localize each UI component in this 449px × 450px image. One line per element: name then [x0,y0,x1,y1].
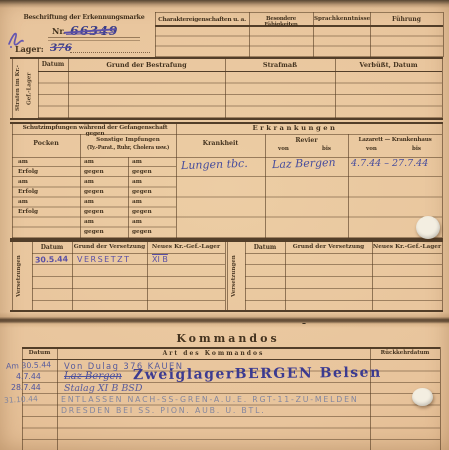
impf-cell: gegen [84,209,104,215]
erkr-entry-dates: 4.7.44 – 27.7.44 [351,158,428,169]
traits-top-line [155,12,443,13]
versetz-left-header-grund: Grund der Versetzung [72,244,147,250]
impf-vline-4 [265,134,266,238]
hole-punch-bottom [412,388,433,406]
stamp-zweiglager-bergen-belsen: ZweiglagerBERGEN Belsen [133,365,382,384]
impf-cell: am [84,219,94,225]
versetz-left-header-lager: Neues Kr.-Gef.-Lager [147,244,225,250]
strafen-header-verbuesst: Verbüßt, Datum [335,61,442,69]
versetz-right-row-rules [245,253,442,310]
traits-header-charakter: Charaktereigenschaften u. a. [156,16,248,23]
strafen-top-border [10,57,443,59]
impf-cell: am [132,219,142,225]
erkr-header-lazarett: Lazarett — Krankenhaus [348,137,442,143]
strafen-header-grund: Grund der Bestrafung [68,61,225,69]
impf-cell: am [18,159,28,165]
versetz-vline-l0 [12,241,13,310]
versetz-vline-r0 [227,241,228,310]
kommandos-top-border [22,347,440,349]
impf-cell: am [132,159,142,165]
impf-cell: gegen [132,189,152,195]
impf-header-sonstige-1: Sonstige Impfungen [80,137,176,143]
lager-dotted-line [70,52,150,53]
versetz-left-side-label: Versetzungen [14,243,31,309]
strafen-side-label: Strafen im Kr.-Gef.-Lager [13,60,37,117]
kommandos-vline-2 [370,347,371,450]
lager-label: Lager: [15,44,44,54]
impf-cell: gegen [84,169,104,175]
traits-header-faehigkeiten: Besondere Fähigkeiten [250,16,312,28]
versetz-right-header-grund: Grund der Versetzung [285,244,372,250]
erkr-revier-bis: bis [322,146,331,152]
versetz-entry-lager: XI B [152,255,168,264]
nr-ruling-2 [48,40,140,41]
impf-line-1 [12,134,442,135]
kommando-row-1-datum: 4.7.44 [16,372,41,381]
id-block-title: Beschriftung der Erkennungsmarke [18,14,150,21]
impf-vline-0 [12,123,13,238]
pow-record-card: Beschriftung der Erkennungsmarke Nr. 663… [0,0,449,450]
traits-header-fuehrung: Führung [371,16,442,23]
impf-cell: Erfolg [18,169,38,175]
kommando-row-0-datum: Am 30.5.44 [6,360,51,371]
kommandos-vline-1 [57,347,58,450]
impf-vline-2 [128,157,129,238]
versetz-entry-datum: 30.5.44 [35,254,68,264]
versetz-vline-r4 [442,241,443,310]
lager-value: 376 [50,42,72,54]
impf-cell: am [132,179,142,185]
kommando-row-3-datum: 31.10.44 [4,394,38,405]
versetz-vline-r3 [372,241,373,310]
strafen-row-rules [38,72,442,118]
versetz-right-header-datum: Datum [245,244,285,251]
impf-vline-3 [176,123,177,238]
kommando-row-2-datum: 28.7.44 [11,383,41,392]
versetz-vline-r1 [245,241,246,310]
impf-cell: Erfolg [18,209,38,215]
kommandos-vline-3 [440,347,441,450]
impf-cell: am [132,199,142,205]
versetz-right-side-label: Versetzungen [229,243,245,309]
impf-cell: am [84,199,94,205]
versetz-vline-r2 [285,241,286,310]
erkr-laz-bis: bis [412,146,421,152]
erkr-header-krankheit: Krankheit [176,140,265,147]
impf-cell: am [84,179,94,185]
erkr-revier-von: von [278,146,289,152]
erkr-entry-krankheit: Lungen tbc. [181,157,248,172]
traits-row-rules [155,26,443,57]
card-gap-shadow [0,312,449,328]
kommandos-header-art: Art des Kommandos [57,350,370,357]
traits-vline-4 [443,12,444,57]
versetz-entry-grund: VERSETZT [77,255,130,264]
card-top-edge [0,0,449,8]
impf-cell: gegen [84,229,104,235]
traits-header-sprachkenntnisse: Sprachkenntnisse [314,16,369,22]
impf-cell: Erfolg [18,189,38,195]
impf-cell: am [18,179,28,185]
erkr-entry-revier: Laz Bergen [272,156,336,171]
hole-punch-top [416,216,440,239]
kommando-row-2-art: Stalag XI B BSD [64,383,142,394]
impf-cell: gegen [132,229,152,235]
impf-vline-5 [348,134,349,238]
kommandos-header-rueckkehr: Rückkehrdatum [370,350,440,356]
versetz-vline-l2 [72,241,73,310]
impf-cell: am [84,159,94,165]
impf-vline-6 [442,123,443,238]
impf-header-sonstige-2: (Ty.-Parat., Ruhr, Cholera usw.) [80,145,176,151]
versetz-vline-l4 [225,241,226,310]
erkr-header-revier: Revier [265,137,348,144]
kommandos-title: Kommandos [100,332,356,345]
strafen-header-datum: Datum [38,61,68,68]
nr-ruling-1 [48,37,140,38]
impf-vline-1 [80,134,81,238]
erkrankungen-title: Erkrankungen [176,124,414,132]
impf-cell: gegen [84,189,104,195]
strafen-vline-5 [442,58,443,118]
strafen-header-strafmass: Strafmaß [225,61,335,69]
impf-cell: gegen [132,169,152,175]
kommando-row-4-art: DRESDEN BEI SS. PION. AUB. U. BTL. [61,406,266,415]
versetz-right-header-lager: Neues Kr.-Gef.-Lager [372,244,442,250]
impfungen-title: Schutzimpfungen während der Gefangenscha… [14,125,176,137]
erkr-laz-von: von [366,146,377,152]
kommando-row-1-art: Laz Bergen [64,371,122,382]
impf-cell: gegen [132,209,152,215]
impf-header-pocken: Pocken [12,140,80,147]
versetz-left-header-datum: Datum [32,244,72,251]
versetz-vline-l3 [147,241,148,310]
strafen-bottom-border [10,118,443,120]
versetz-vline-l1 [32,241,33,310]
impf-cell: am [18,199,28,205]
tick-mark: – [302,318,306,328]
kommandos-header-datum: Datum [22,350,57,356]
strafen-vline-0 [12,58,13,118]
kommando-row-3-art: ENTLASSEN NACH-SS-GREN-A.U.E. RGT-11-ZU-… [61,395,358,404]
